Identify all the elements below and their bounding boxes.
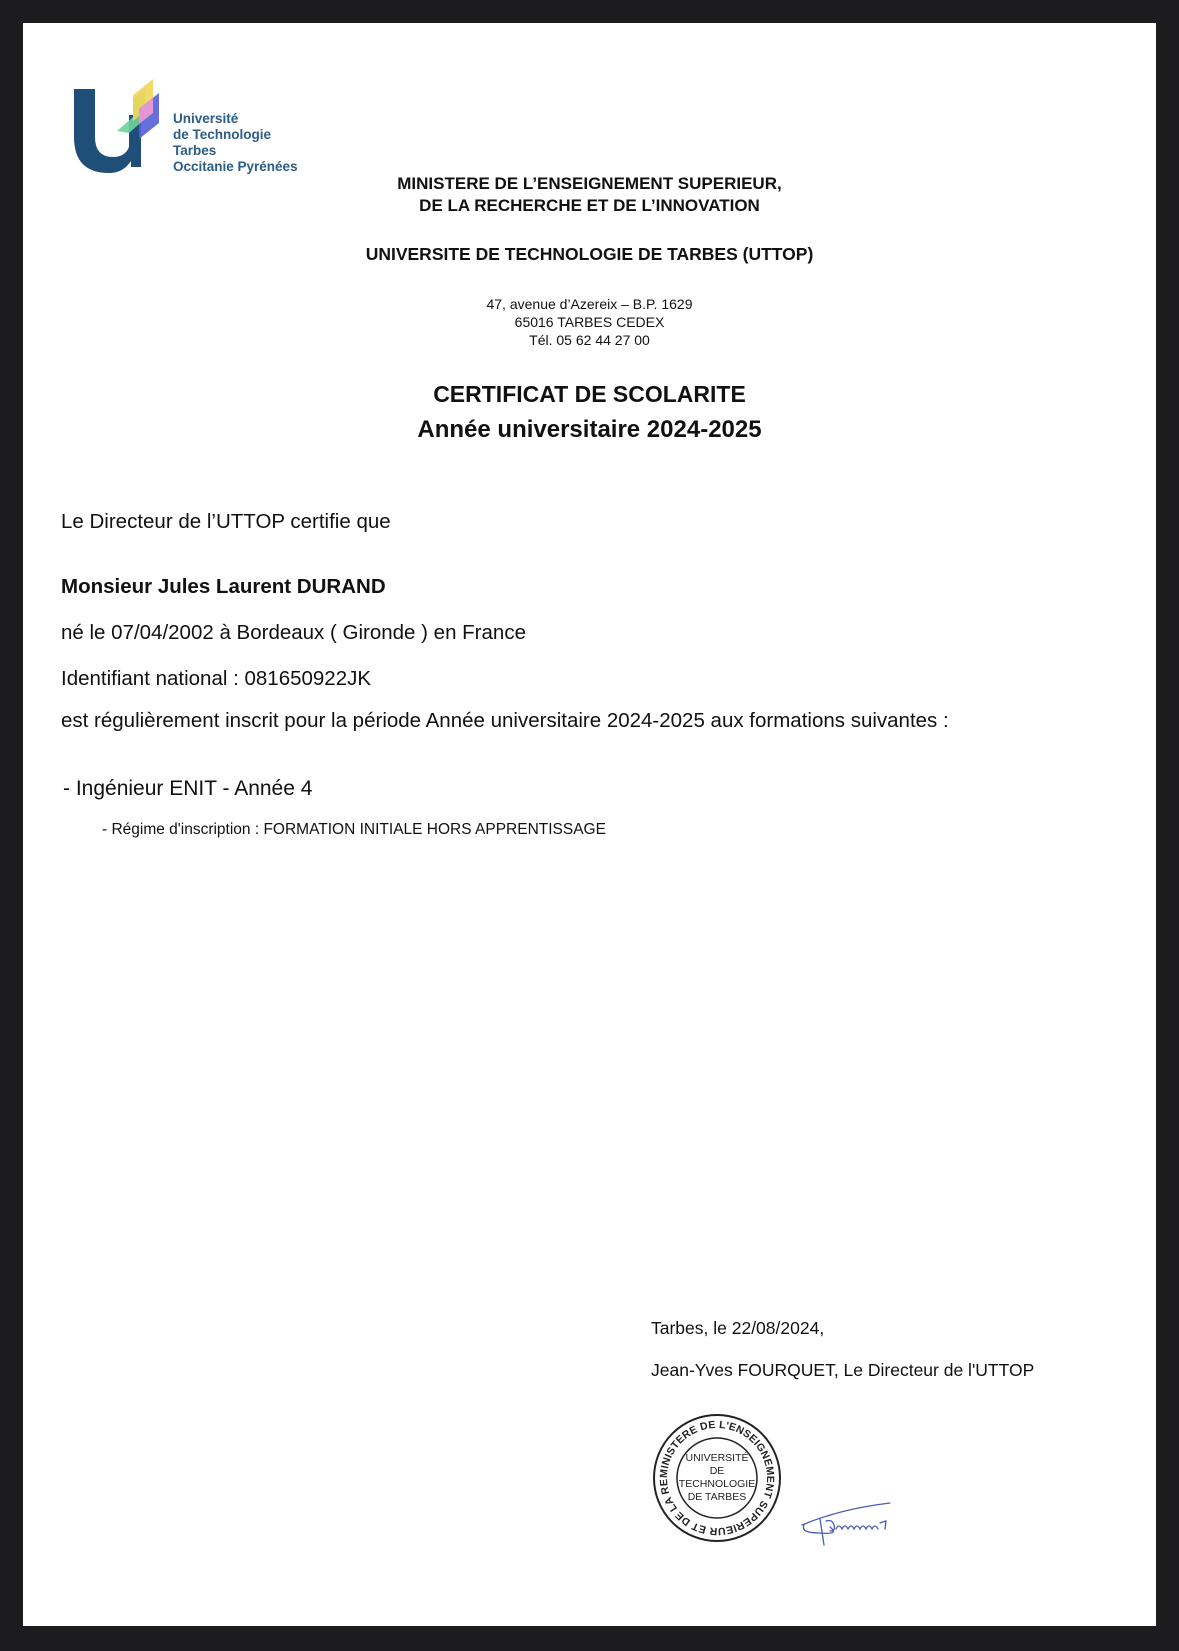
enrollment-regime: - Régime d'inscription : FORMATION INITI… (102, 821, 606, 839)
logo-line: Tarbes (173, 143, 298, 159)
address-line-1: 47, avenue d’Azereix – B.P. 1629 (23, 295, 1156, 313)
university-name: UNIVERSITE DE TECHNOLOGIE DE TARBES (UTT… (23, 244, 1156, 265)
phone-number: Tél. 05 62 44 27 00 (23, 331, 1156, 349)
certificate-title: CERTIFICAT DE SCOLARITE (23, 381, 1156, 408)
birth-info: né le 07/04/2002 à Bordeaux ( Gironde ) … (61, 621, 526, 645)
signer-name: Jean-Yves FOURQUET, Le Directeur de l'UT… (651, 1360, 1034, 1381)
document-page: Université de Technologie Tarbes Occitan… (23, 23, 1156, 1626)
logo-wordmark: Université de Technologie Tarbes Occitan… (173, 111, 298, 175)
enrollment-statement: est régulièrement inscrit pour la périod… (61, 709, 949, 733)
ministry-heading: MINISTERE DE L’ENSEIGNEMENT SUPERIEUR, D… (23, 173, 1156, 217)
place-and-date: Tarbes, le 22/08/2024, (651, 1318, 824, 1339)
university-address: 47, avenue d’Azereix – B.P. 1629 65016 T… (23, 295, 1156, 349)
ministry-line-2: DE LA RECHERCHE ET DE L’INNOVATION (23, 195, 1156, 217)
logo-line: de Technologie (173, 127, 298, 143)
uttop-logo-icon (73, 75, 173, 185)
ministry-line-1: MINISTERE DE L’ENSEIGNEMENT SUPERIEUR, (23, 173, 1156, 195)
official-stamp-icon: MINISTERE DE L'ENSEIGNEMENT SUPERIEUR ET… (652, 1413, 782, 1543)
address-line-2: 65016 TARBES CEDEX (23, 313, 1156, 331)
national-id: Identifiant national : 081650922JK (61, 667, 371, 691)
formation-item: - Ingénieur ENIT - Année 4 (63, 777, 312, 801)
academic-year: Année universitaire 2024-2025 (23, 416, 1156, 444)
director-signature-icon (790, 1485, 940, 1565)
svg-text:DE: DE (710, 1465, 725, 1477)
logo-line: Université (173, 111, 298, 127)
student-name: Monsieur Jules Laurent DURAND (61, 575, 386, 599)
svg-text:DE TARBES: DE TARBES (688, 1491, 747, 1503)
certification-intro: Le Directeur de l’UTTOP certifie que (61, 510, 391, 534)
svg-text:TECHNOLOGIE: TECHNOLOGIE (679, 1478, 755, 1490)
svg-text:UNIVERSITÉ: UNIVERSITÉ (685, 1451, 748, 1464)
